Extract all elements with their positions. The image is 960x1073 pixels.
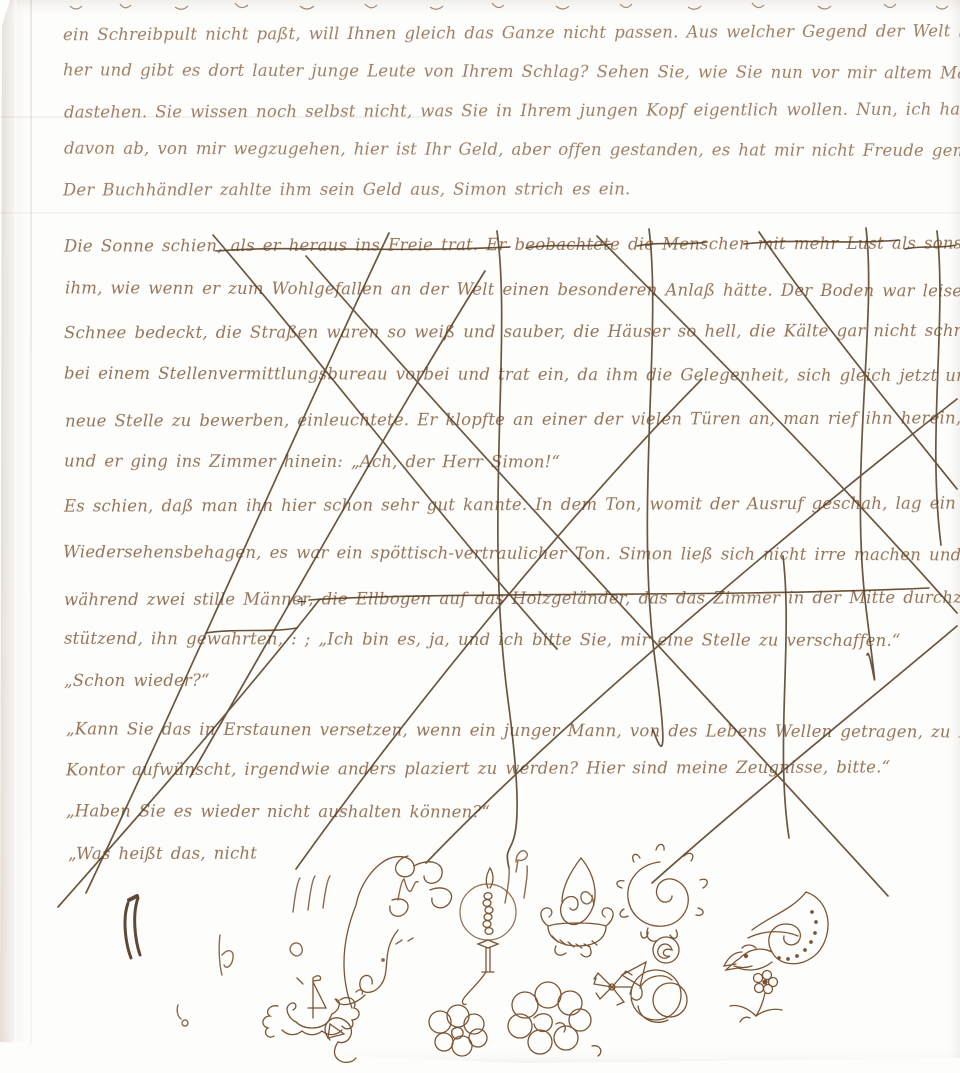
text-line-cancelled: neue Stelle zu bewerben, einleuchtete. E…	[65, 409, 960, 430]
text-line-cancelled: bei einem Stellenvermittlungsbureau vorb…	[64, 365, 960, 386]
text-line-cancelled: Die Sonne schien, als er heraus ins Frei…	[64, 234, 960, 256]
text-line-cancelled: Wiedersehensbehagen, es war ein spöttisc…	[63, 543, 960, 565]
manuscript-scan: ein Schreibpult nicht paßt, will Ihnen g…	[0, 0, 960, 1073]
text-line-cancelled: „Haben Sie es wieder nicht aushalten kön…	[66, 802, 490, 821]
paper-sheet	[0, 0, 960, 1073]
text-line-cancelled: Kontor aufwünscht, irgendwie anders plaz…	[66, 759, 890, 780]
text-line-cancelled: „Schon wieder?“	[64, 672, 210, 690]
text-line: Der Buchhändler zahlte ihm sein Geld aus…	[63, 181, 631, 200]
text-line: dastehen. Sie wissen noch selbst nicht, …	[64, 100, 960, 122]
text-line-cancelled: während zwei stille Männer, die Ellbogen…	[64, 589, 960, 610]
text-line: davon ab, von mir wegzugehen, hier ist I…	[64, 140, 960, 161]
text-line: her und gibt es dort lauter junge Leute …	[63, 61, 960, 82]
text-line-cancelled: und er ging ins Zimmer hinein: „Ach, der…	[64, 453, 560, 472]
text-line-cancelled: stützend, ihn gewahrten, : ; „Ich bin es…	[64, 630, 901, 650]
text-line-cancelled: „Was heißt das, nicht	[68, 845, 257, 864]
text-line-cancelled: Es schien, daß man ihn hier schon sehr g…	[64, 494, 960, 516]
text-line: ein Schreibpult nicht paßt, will Ihnen g…	[63, 22, 960, 45]
text-line-cancelled: ihm, wie wenn er zum Wohlgefallen an der…	[65, 279, 960, 300]
text-line-cancelled: Schnee bedeckt, die Straßen waren so wei…	[64, 322, 960, 343]
insertion-plus-mark: +	[296, 594, 308, 610]
text-line-cancelled: „Kann Sie das in Erstaunen versetzen, we…	[66, 720, 960, 741]
